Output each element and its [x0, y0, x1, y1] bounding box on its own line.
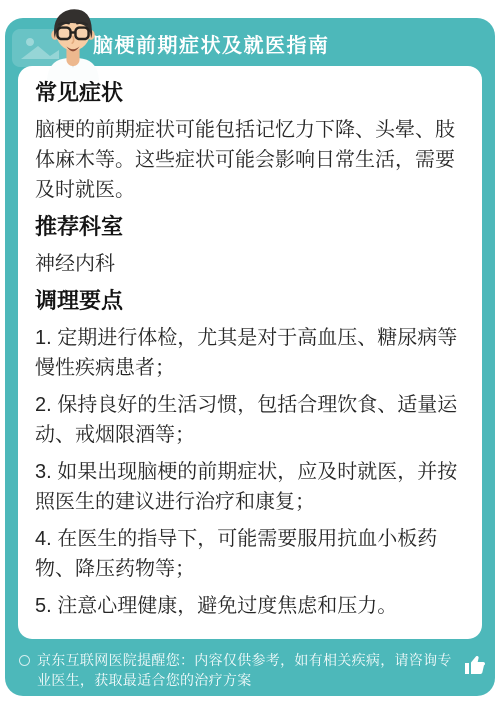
care-point-item: 3. 如果出现脑梗的前期症状，应及时就医，并按照医生的建议进行治疗和康复； [35, 457, 465, 517]
disclaimer-text: 京东互联网医院提醒您：内容仅供参考，如有相关疾病，请咨询专业医生，获取最适合您的… [37, 650, 456, 690]
care-point-item: 1. 定期进行体检，尤其是对于高血压、糖尿病等慢性疾病患者； [35, 323, 465, 383]
health-guide-panel: 脑梗前期症状及就医指南 常见症状 脑梗的前期症状可能包括记忆力下降、头晕、肢体麻… [5, 18, 495, 696]
department-paragraph: 神经内科 [35, 249, 465, 279]
doctor-avatar [32, 2, 114, 81]
symptoms-paragraph: 脑梗的前期症状可能包括记忆力下降、头晕、肢体麻木等。这些症状可能会影响日常生活，… [35, 115, 465, 205]
footer: 京东互联网医院提醒您：内容仅供参考，如有相关疾病，请咨询专业医生，获取最适合您的… [5, 639, 495, 696]
section-heading-care-points: 调理要点 [35, 286, 465, 316]
section-heading-department: 推荐科室 [35, 212, 465, 242]
content-card: 常见症状 脑梗的前期症状可能包括记忆力下降、头晕、肢体麻木等。这些症状可能会影响… [18, 66, 482, 639]
care-point-item: 5. 注意心理健康，避免过度焦虑和压力。 [35, 591, 465, 621]
care-point-item: 2. 保持良好的生活习惯，包括合理饮食、适量运动、戒烟限酒等； [35, 390, 465, 450]
section-heading-symptoms: 常见症状 [35, 78, 465, 108]
page-title: 脑梗前期症状及就医指南 [93, 29, 330, 58]
thumbs-up-icon[interactable] [463, 653, 487, 677]
info-circle-icon [19, 655, 30, 666]
care-point-item: 4. 在医生的指导下，可能需要服用抗血小板药物、降压药物等； [35, 524, 465, 584]
